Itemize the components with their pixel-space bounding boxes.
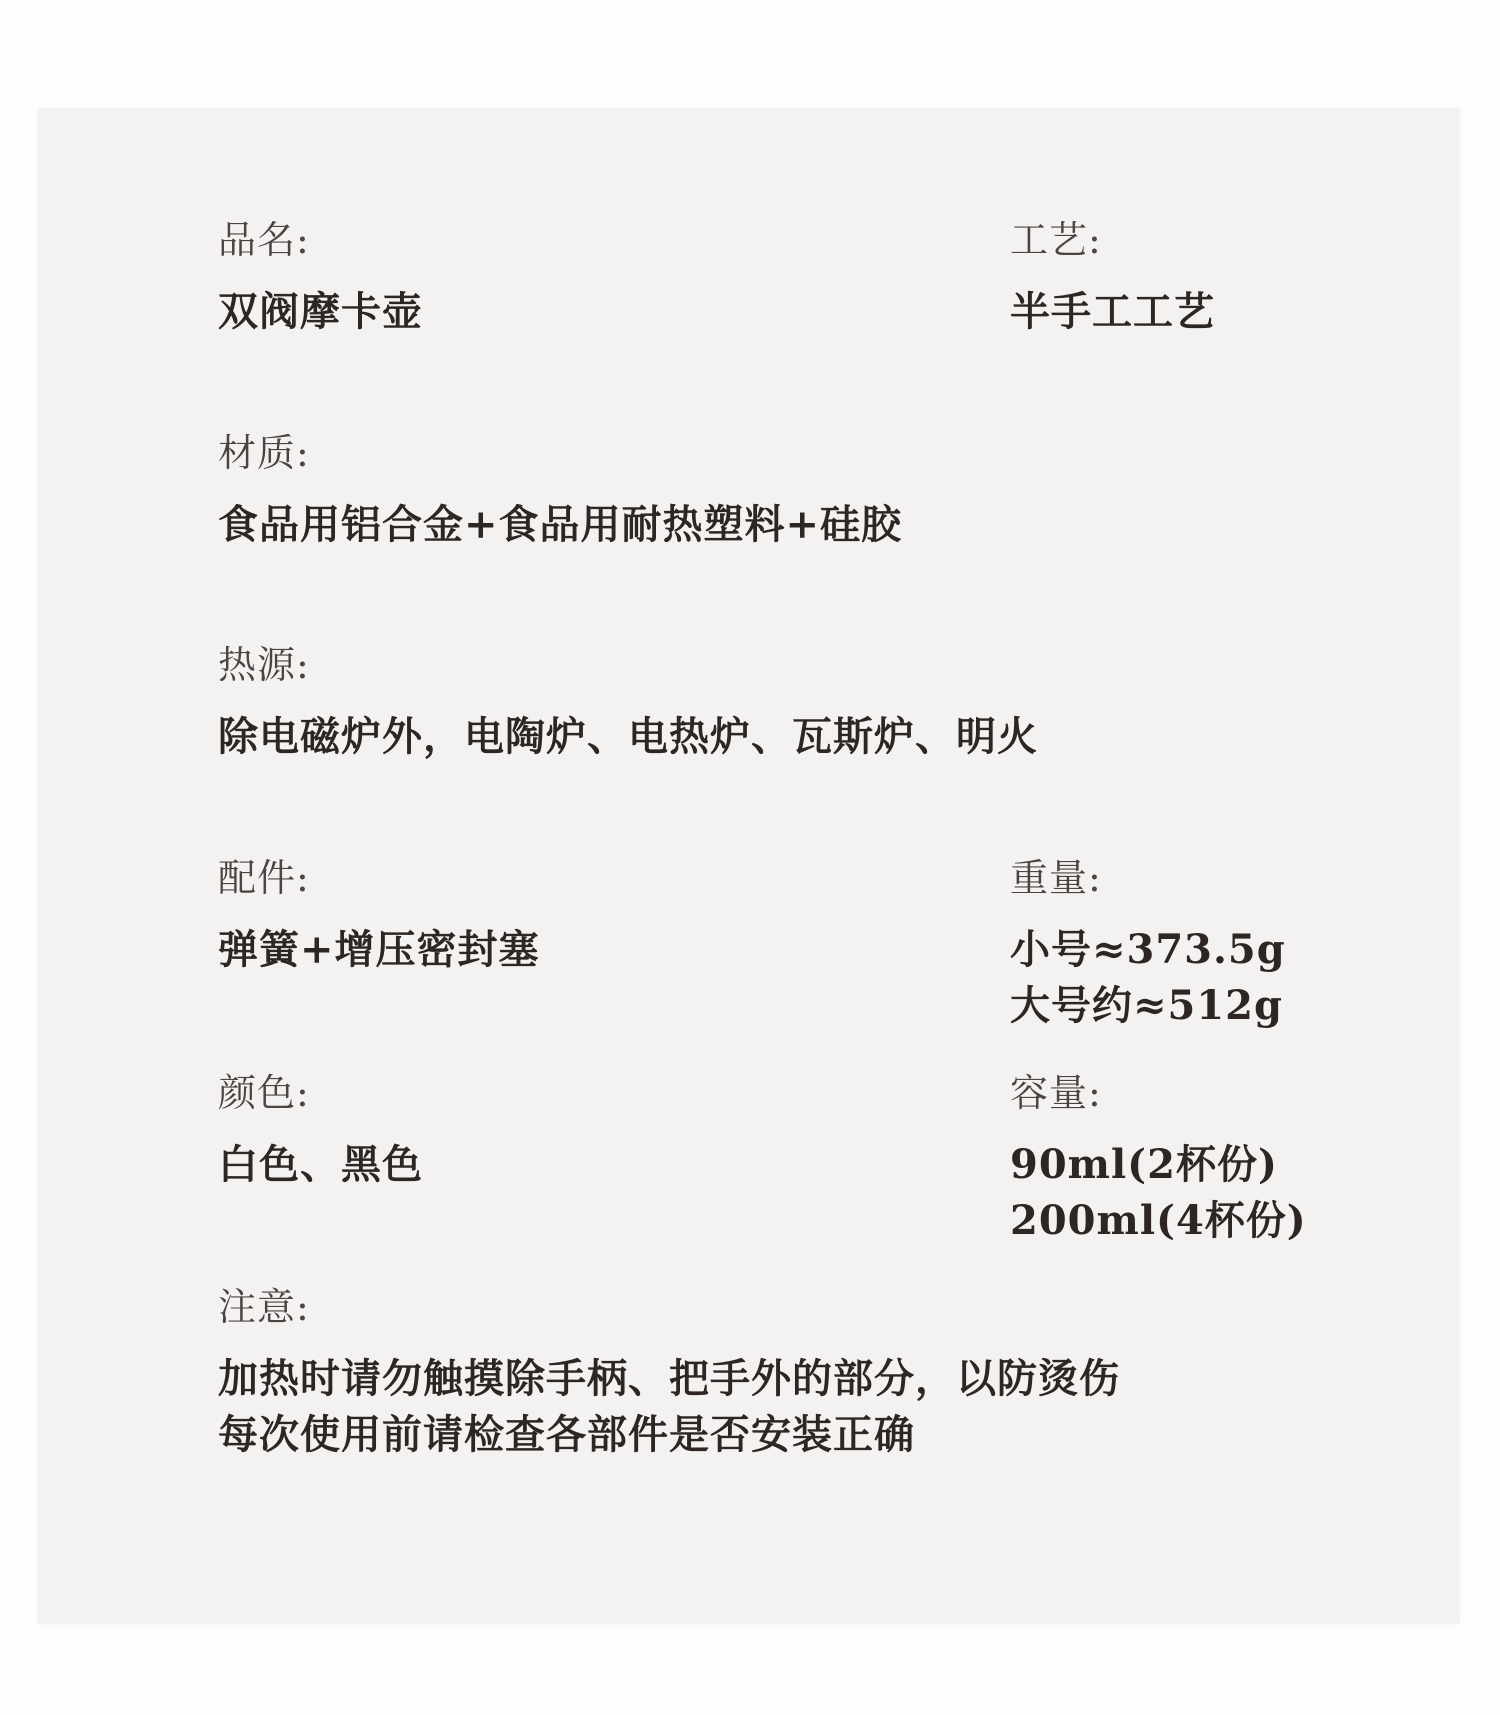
spec-material-value: 食品用铝合金+食品用耐热塑料+硅胶 [218,497,902,553]
spec-weight-value-large: 大号约≈512g [1010,978,1286,1034]
spec-accessories: 配件: 弹簧+增压密封塞 [218,856,540,978]
spec-color: 颜色: 白色、黑色 [218,1071,423,1193]
clipped-heading-remnant [380,0,1100,2]
spec-heat-source-value: 除电磁炉外，电陶炉、电热炉、瓦斯炉、明火 [218,709,1038,765]
spec-capacity-value-small: 90ml(2杯份) [1010,1137,1307,1193]
spec-weight-value-small: 小号≈373.5g [1010,922,1286,978]
spec-notice: 注意: 加热时请勿触摸除手柄、把手外的部分，以防烫伤 每次使用前请检查各部件是否… [218,1285,1120,1463]
spec-accessories-label: 配件: [218,856,540,900]
spec-material-label: 材质: [218,431,902,475]
spec-craft-value: 半手工工艺 [1010,284,1215,340]
spec-weight: 重量: 小号≈373.5g 大号约≈512g [1010,856,1286,1034]
spec-heat-source-label: 热源: [218,643,1038,687]
spec-heat-source: 热源: 除电磁炉外，电陶炉、电热炉、瓦斯炉、明火 [218,643,1038,765]
spec-craft-label: 工艺: [1010,218,1215,262]
spec-notice-label: 注意: [218,1285,1120,1329]
spec-name-value: 双阀摩卡壶 [218,284,423,340]
spec-capacity-value-large: 200ml(4杯份) [1010,1193,1307,1249]
spec-accessories-value: 弹簧+增压密封塞 [218,922,540,978]
spec-weight-label: 重量: [1010,856,1286,900]
spec-name: 品名: 双阀摩卡壶 [218,218,423,340]
spec-color-value: 白色、黑色 [218,1137,423,1193]
spec-craft: 工艺: 半手工工艺 [1010,218,1215,340]
spec-capacity: 容量: 90ml(2杯份) 200ml(4杯份) [1010,1071,1307,1249]
spec-name-label: 品名: [218,218,423,262]
spec-material: 材质: 食品用铝合金+食品用耐热塑料+硅胶 [218,431,902,553]
spec-notice-line-1: 加热时请勿触摸除手柄、把手外的部分，以防烫伤 [218,1351,1120,1407]
spec-panel: 品名: 双阀摩卡壶 工艺: 半手工工艺 材质: 食品用铝合金+食品用耐热塑料+硅… [38,108,1460,1624]
spec-capacity-label: 容量: [1010,1071,1307,1115]
spec-notice-line-2: 每次使用前请检查各部件是否安装正确 [218,1407,1120,1463]
spec-color-label: 颜色: [218,1071,423,1115]
